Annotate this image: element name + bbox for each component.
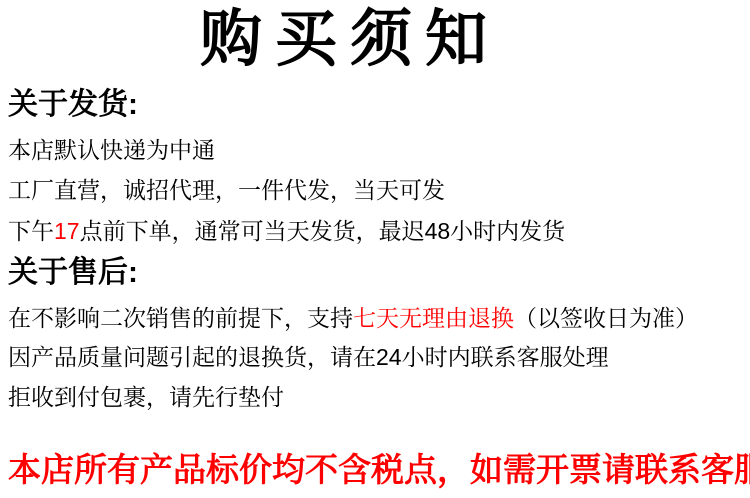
aftersales-line-cod-refusal: 拒收到付包裹，请先行垫付 <box>8 384 284 411</box>
cutoff-text-before: 下午 <box>8 218 54 244</box>
tax-invoice-notice: 本店所有产品标价均不含税点，如需开票请联系客服 <box>8 450 750 490</box>
cutoff-hour-highlight: 17 <box>54 218 80 244</box>
return-policy-text-after: （以签收日为准） <box>514 305 698 331</box>
shipping-line-factory-direct: 工厂直营，诚招代理，一件代发，当天可发 <box>8 177 445 204</box>
section-heading-aftersales: 关于售后: <box>8 256 138 290</box>
aftersales-line-return-policy: 在不影响二次销售的前提下，支持七天无理由退换（以签收日为准） <box>8 305 698 332</box>
shipping-line-cutoff-time: 下午17点前下单，通常可当天发货，最迟48小时内发货 <box>8 218 565 245</box>
return-policy-text-before: 在不影响二次销售的前提下，支持 <box>8 305 353 331</box>
section-heading-shipping: 关于发货: <box>8 88 138 122</box>
page-title: 购买须知 <box>0 4 700 76</box>
cutoff-text-after: 点前下单，通常可当天发货，最迟48小时内发货 <box>80 218 566 244</box>
seven-day-return-highlight: 七天无理由退换 <box>353 305 514 331</box>
aftersales-line-quality-issue: 因产品质量问题引起的退换货，请在24小时内联系客服处理 <box>8 344 609 371</box>
shipping-line-default-courier: 本店默认快递为中通 <box>8 137 215 164</box>
purchase-notice-page: 购买须知 关于发货: 本店默认快递为中通 工厂直营，诚招代理，一件代发，当天可发… <box>0 0 750 498</box>
